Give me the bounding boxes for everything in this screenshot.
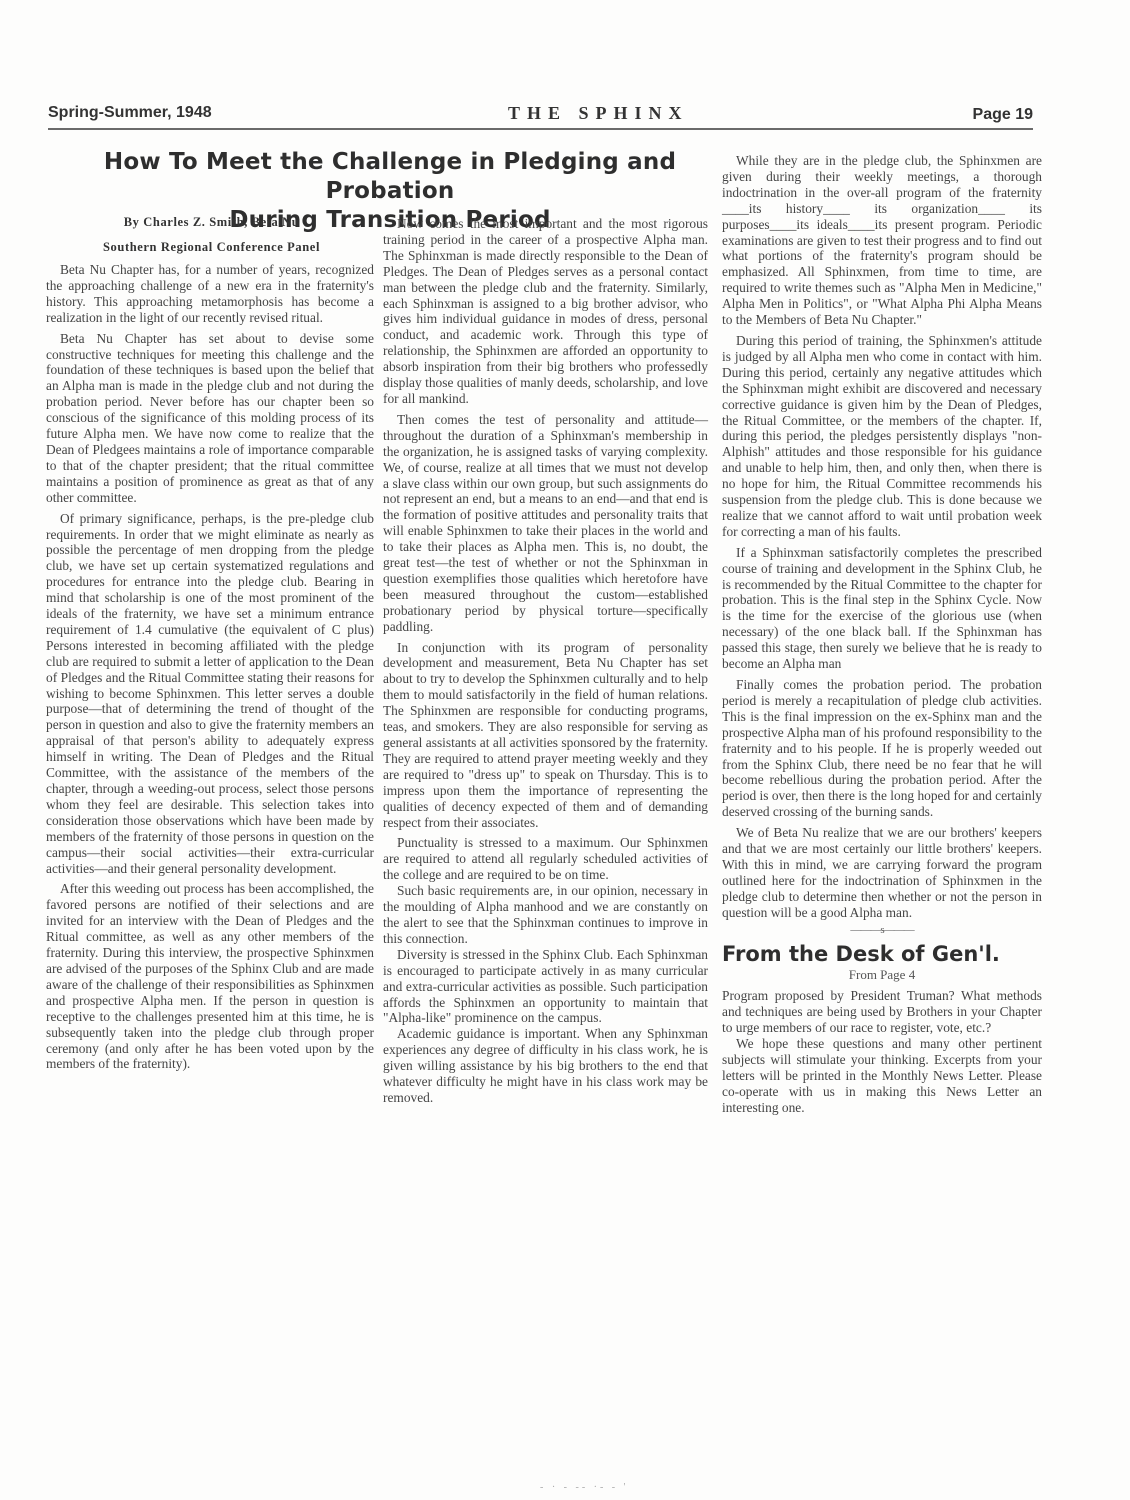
section-separator: ———s——— xyxy=(722,923,1042,939)
print-artifact: - · - -- ·- - ' xyxy=(540,1482,628,1493)
column-2: Now comes the most important and the mos… xyxy=(383,216,708,1111)
paragraph: We hope these questions and many other p… xyxy=(722,1036,1042,1116)
running-header: Spring-Summer, 1948 THE SPHINX Page 19 xyxy=(48,102,1033,130)
paragraph: Punctuality is stressed to a maximum. Ou… xyxy=(383,835,708,883)
publication-name: THE SPHINX xyxy=(508,103,689,124)
page-number: Page 19 xyxy=(973,106,1033,124)
byline-author: By Charles Z. Smith, Beta Nu xyxy=(64,215,359,230)
newspaper-page: Spring-Summer, 1948 THE SPHINX Page 19 H… xyxy=(0,0,1130,1500)
paragraph: Academic guidance is important. When any… xyxy=(383,1026,708,1106)
headline-line-1: How To Meet the Challenge in Pledging an… xyxy=(60,148,720,206)
paragraph: Finally comes the probation period. The … xyxy=(722,677,1042,820)
column-1: Beta Nu Chapter has, for a number of yea… xyxy=(46,262,374,1077)
paragraph: Diversity is stressed in the Sphinx Club… xyxy=(383,947,708,1027)
paragraph: During this period of training, the Sphi… xyxy=(722,333,1042,540)
paragraph: Such basic requirements are, in our opin… xyxy=(383,883,708,947)
issue-date: Spring-Summer, 1948 xyxy=(48,104,212,122)
continued-article-headline: From the Desk of Gen'l. xyxy=(722,941,1042,967)
paragraph: Beta Nu Chapter has set about to devise … xyxy=(46,331,374,506)
column-3: While they are in the pledge club, the S… xyxy=(722,153,1042,1121)
paragraph: If a Sphinxman satisfactorily completes … xyxy=(722,545,1042,672)
paragraph: Program proposed by President Truman? Wh… xyxy=(722,988,1042,1036)
paragraph: Beta Nu Chapter has, for a number of yea… xyxy=(46,262,374,326)
continued-from-label: From Page 4 xyxy=(722,967,1042,983)
paragraph: In conjunction with its program of perso… xyxy=(383,640,708,831)
byline-affiliation: Southern Regional Conference Panel xyxy=(64,240,359,255)
paragraph: After this weeding out process has been … xyxy=(46,881,374,1072)
paragraph: While they are in the pledge club, the S… xyxy=(722,153,1042,328)
paragraph: Then comes the test of personality and a… xyxy=(383,412,708,635)
paragraph: Now comes the most important and the mos… xyxy=(383,216,708,407)
paragraph: Of primary significance, perhaps, is the… xyxy=(46,511,374,877)
paragraph: We of Beta Nu realize that we are our br… xyxy=(722,825,1042,920)
